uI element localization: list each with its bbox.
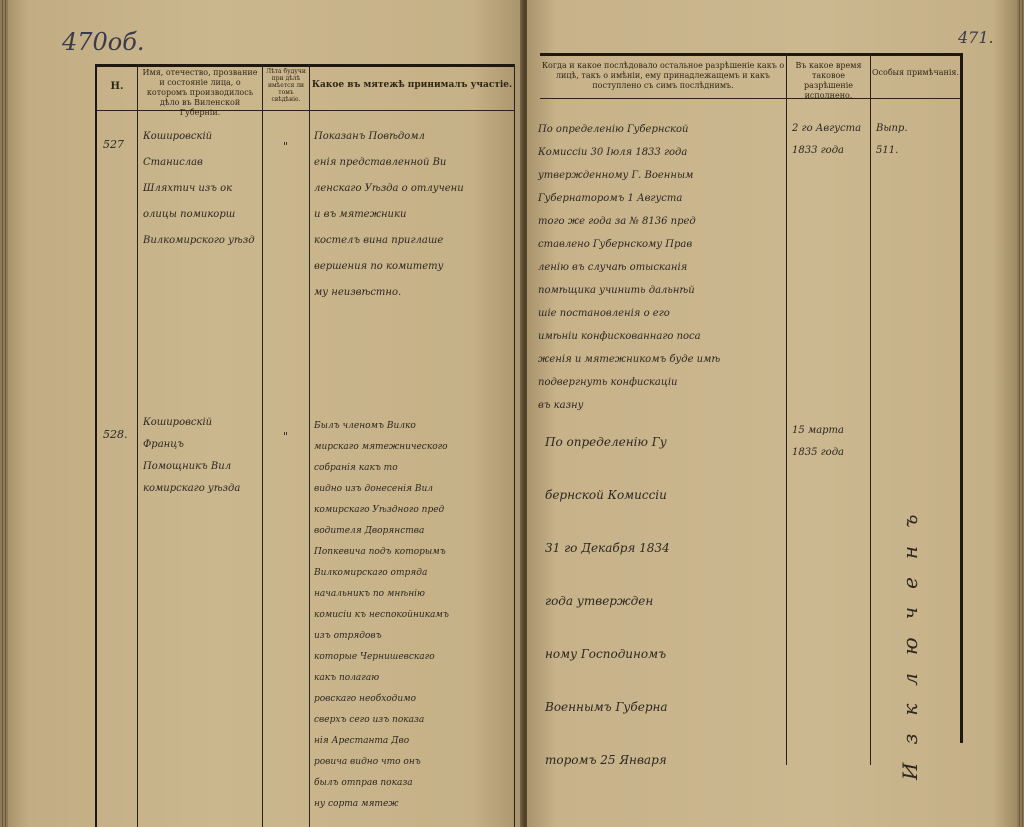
right-col-divider-2 bbox=[870, 53, 871, 765]
left-col-divider-4 bbox=[514, 64, 515, 827]
right-page-number: 471. bbox=[958, 28, 994, 47]
header-name: Имя, отечество, прозвание и состояніе ли… bbox=[139, 68, 261, 118]
row-notes: Выпр. 511. bbox=[876, 118, 956, 162]
header-decision: Когда и какое послѣдовало остальное разр… bbox=[541, 61, 785, 91]
right-header-bottom-rule bbox=[540, 98, 960, 99]
header-age: Лѣта будучи при дѣлѣ имѣется ли томъ свѣ… bbox=[264, 68, 308, 103]
row-role: Былъ членомъ Вилко мирскаго мятежническо… bbox=[314, 416, 512, 815]
left-col-divider-2 bbox=[262, 64, 263, 827]
row-number: 527 bbox=[103, 138, 124, 151]
row-age-ditto: " bbox=[283, 140, 288, 153]
left-col-divider-1 bbox=[137, 64, 138, 827]
row-decision: По определенію Губернской Комиссіи 30 Ію… bbox=[538, 118, 786, 417]
row-role: Показанъ Повѣдомл енія представленной Ви… bbox=[314, 124, 512, 306]
left-table-top-rule bbox=[96, 64, 514, 67]
header-notes: Особыя примѣчанія. bbox=[872, 68, 959, 78]
row-number: 528. bbox=[103, 428, 128, 441]
row-name: Кошировскій Станислав Шляхтич изъ ок оли… bbox=[143, 124, 261, 254]
right-table-outer-border bbox=[960, 53, 963, 743]
open-ledger-book: 470об. Н. Имя, отечество, прозвание и со… bbox=[0, 0, 1024, 827]
header-role: Какое въ мятежѣ принималъ участіе. bbox=[311, 80, 513, 90]
row-notes-vertical: Изключенъ bbox=[898, 420, 922, 780]
left-page-number: 470об. bbox=[62, 28, 145, 56]
row-name: Кошировскій Францъ Помощникъ Вил комирск… bbox=[143, 412, 261, 500]
right-col-divider-1 bbox=[786, 53, 787, 765]
left-col-divider-3 bbox=[309, 64, 310, 827]
left-table-outer-border bbox=[95, 64, 97, 827]
row-decision: По определенію Гу бернской Комиссіи 31 г… bbox=[545, 416, 785, 787]
row-age-ditto: " bbox=[283, 430, 288, 443]
header-number: Н. bbox=[97, 82, 137, 92]
row-date: 2 го Августа 1833 года bbox=[792, 118, 870, 162]
header-date: Въ какое время таковое разрѣшеніе исполн… bbox=[788, 61, 869, 101]
right-table-top-rule bbox=[540, 53, 960, 56]
row-date: 15 марта 1835 года bbox=[792, 420, 870, 464]
